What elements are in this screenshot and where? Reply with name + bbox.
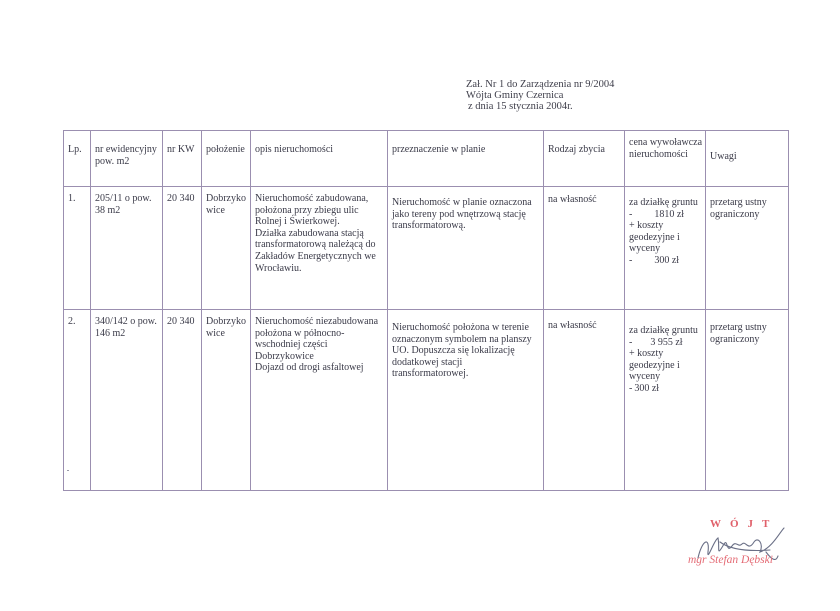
- header-line-3: z dnia 15 stycznia 2004r.: [468, 101, 614, 112]
- cell-cena: za działkę gruntu-3 955 zł+ kosztygeodez…: [625, 310, 706, 491]
- col-header-opis: opis nieruchomości: [251, 131, 388, 187]
- property-table: Lp. nr ewidencyjny pow. m2 nr KW położen…: [63, 130, 789, 491]
- col-header-rodzaj-zbycia: Rodzaj zbycia: [544, 131, 625, 187]
- cell-rodzaj-zbycia: na własność: [544, 187, 625, 310]
- col-header-polozenie: położenie: [202, 131, 251, 187]
- cell-opis: Nieruchomość zabudowana,położona przy zb…: [251, 187, 388, 310]
- header-line-2: Wójta Gminy Czernica: [466, 90, 614, 101]
- cell-cena: za działkę gruntu-1810 zł+ kosztygeodezy…: [625, 187, 706, 310]
- col-header-lp: Lp.: [64, 131, 91, 187]
- cell-uwagi: przetarg ustnyograniczony: [706, 187, 789, 310]
- cell-nr-ewidencyjny: 205/11 o pow.38 m2: [91, 187, 163, 310]
- col-header-nr-kw: nr KW: [163, 131, 202, 187]
- cell-przeznaczenie: Nieruchomość położona w terenieoznaczony…: [388, 310, 544, 491]
- stamp-name: mgr Stefan Dębski: [688, 554, 773, 566]
- col-header-nr-ewidencyjny: nr ewidencyjny pow. m2: [91, 131, 163, 187]
- header-line-1: Zał. Nr 1 do Zarządzenia nr 9/2004: [466, 79, 614, 90]
- cell-polozenie: Dobrzykowice: [202, 310, 251, 491]
- table-header-row: Lp. nr ewidencyjny pow. m2 nr KW położen…: [64, 131, 789, 187]
- col-header-uwagi: Uwagi: [706, 131, 789, 187]
- cell-lp: 2.: [64, 310, 91, 491]
- cell-nr-kw: 20 340: [163, 310, 202, 491]
- cell-nr-ewidencyjny: 340/142 o pow.146 m2: [91, 310, 163, 491]
- cell-nr-kw: 20 340: [163, 187, 202, 310]
- document-header-note: Zał. Nr 1 do Zarządzenia nr 9/2004 Wójta…: [466, 79, 614, 112]
- cell-rodzaj-zbycia: na własność: [544, 310, 625, 491]
- cell-polozenie: Dobrzykowice: [202, 187, 251, 310]
- table-row: 2.340/142 o pow.146 m220 340Dobrzykowice…: [64, 310, 789, 491]
- signature-stamp: WÓJT mgr Stefan Dębski: [680, 518, 820, 578]
- table-row: 1.205/11 o pow.38 m220 340DobrzykowiceNi…: [64, 187, 789, 310]
- handwritten-signature-icon: [680, 518, 820, 578]
- cell-przeznaczenie: Nieruchomość w planie oznaczonajako tere…: [388, 187, 544, 310]
- scan-speck: [67, 470, 69, 471]
- cell-opis: Nieruchomość niezabudowanapołożona w pół…: [251, 310, 388, 491]
- cell-lp: 1.: [64, 187, 91, 310]
- cell-uwagi: przetarg ustnyograniczony: [706, 310, 789, 491]
- col-header-przeznaczenie: przeznaczenie w planie: [388, 131, 544, 187]
- col-header-cena: cena wywoławcza nieruchomości: [625, 131, 706, 187]
